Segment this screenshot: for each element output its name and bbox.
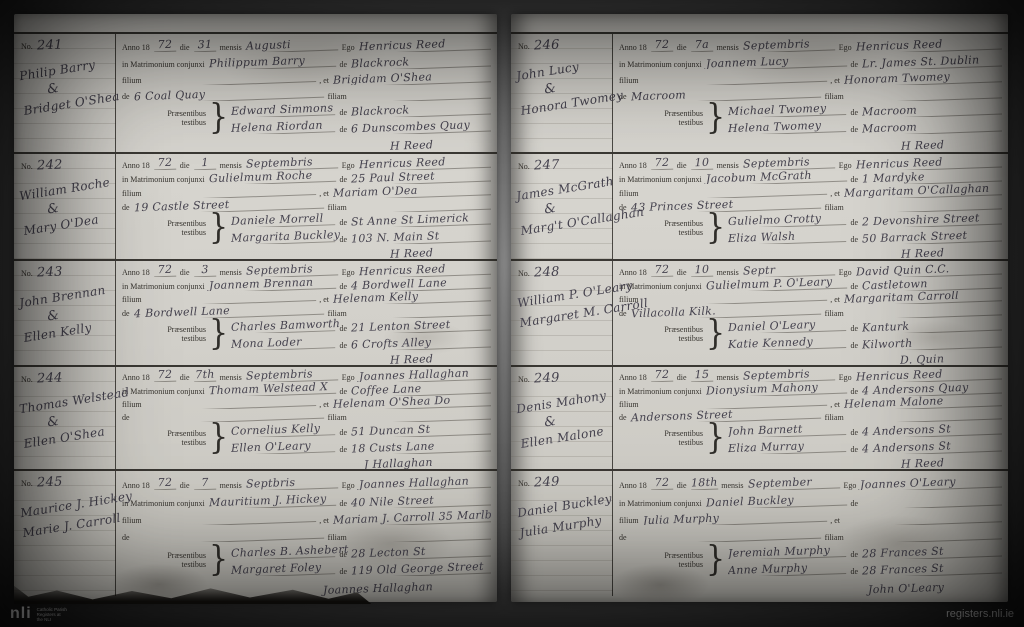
witnesses-label: Præsentibus testibus	[122, 325, 206, 343]
label-de4: de	[339, 341, 347, 350]
couple-names: Denis Mahony & Ellen Malone	[515, 390, 612, 450]
entry-number-line: No. 248	[518, 265, 610, 280]
entry-number: 249	[534, 475, 560, 491]
bride-name: Mariam O'Dea	[333, 184, 491, 198]
witness2-name: Eliza Murray	[728, 439, 847, 454]
filium-line: filium , et Honoram Twomey	[619, 70, 1002, 85]
witnesses-label: Præsentibus testibus	[122, 551, 206, 569]
witness1-address: St Anne St Limerick	[351, 212, 491, 227]
witness-lines: Michael Twomey de Macroom Helena Twomey …	[728, 102, 1002, 134]
label-de2: de	[619, 533, 627, 542]
label-de4: de	[339, 125, 347, 134]
bride-name	[844, 510, 1002, 525]
groom-address: 4 Andersons Quay	[862, 382, 1002, 395]
month-value: Septembris	[743, 156, 835, 170]
groom-address: 40 Nile Street	[351, 493, 491, 508]
witness1-line: Charles B. Ashebert de 28 Lecton St	[231, 544, 491, 559]
nli-logo: nli Catholic Parish Registers at the NLI	[10, 606, 67, 622]
label-de4: de	[850, 125, 858, 134]
label-die: die	[677, 43, 687, 52]
label-praesentibus: Præsentibus	[167, 551, 206, 560]
label-de4: de	[339, 445, 347, 454]
label-de2: de	[122, 203, 130, 212]
label-anno: Anno 18	[619, 161, 647, 170]
label-conjunxi: in Matrimonium conjunxi	[122, 175, 205, 184]
entry-no-label: No.	[21, 42, 33, 51]
filium-line: filium Julia Murphy , et	[619, 510, 1002, 525]
filiam-blank	[350, 86, 491, 101]
label-testibus: testibus	[182, 118, 206, 127]
witness1-line: Charles Bamworth de 21 Lenton Street	[231, 318, 491, 333]
label-de2: de	[122, 533, 130, 542]
couple-names: Daniel Buckley Julia Murphy	[516, 494, 611, 539]
celebrant-name: Joannes O'Leary	[860, 475, 1002, 490]
label-de: de	[339, 499, 347, 508]
filiam-blank	[350, 198, 491, 212]
entry-number-line: No. 249	[518, 371, 610, 386]
filium-line: filium , et Mariam J. Carroll 35 Marlbor…	[122, 510, 491, 525]
witnesses-label: Præsentibus testibus	[619, 219, 703, 237]
witnesses-label: Præsentibus testibus	[122, 109, 206, 127]
day-value: 3	[193, 263, 215, 277]
celebrant-name: Joannes Hallaghan	[358, 369, 491, 382]
filium-note	[145, 184, 315, 198]
groom-address: 1 Mardyke	[862, 170, 1002, 184]
witness1-address: 51 Duncan St	[351, 422, 491, 437]
filium-line: filium , et Helenam Malone	[619, 396, 1002, 409]
bride-address: 4 Bordwell Lane	[133, 304, 323, 318]
couple-names: Philip Barry & Bridget O'Shea	[18, 57, 115, 117]
label-filium: filium	[619, 189, 639, 198]
witness1-line: Jeremiah Murphy de 28 Frances St	[728, 544, 1002, 559]
witnesses-label: Præsentibus testibus	[619, 429, 703, 447]
bride-address	[630, 527, 820, 542]
entry-form: Anno 18 72 die 10 mensis Septr Ego David…	[613, 261, 1008, 365]
entry-margin-column: No. 241 Philip Barry & Bridget O'Shea	[14, 34, 116, 152]
priest-signature: H Reed	[901, 138, 945, 152]
witness-lines: Jeremiah Murphy de 28 Frances St Anne Mu…	[728, 544, 1002, 576]
groom-line: in Matrimonium conjunxi Daniel Buckley d…	[619, 493, 1002, 508]
day-value: 10	[690, 263, 712, 277]
priest-signature: H Reed	[901, 246, 945, 259]
filiam-blank	[350, 409, 491, 422]
bride-name: Margaritam Carroll	[844, 291, 1002, 305]
register-entry: No. 248 William P. O'Leary Margaret M. C…	[511, 259, 1008, 365]
year-value: 72	[651, 38, 673, 52]
signature-line: John O'Leary	[619, 579, 1002, 592]
brace-glyph: }	[706, 319, 725, 349]
celebrant-name: Henricus Reed	[855, 37, 1002, 52]
filium-line: filium , et Margaritam O'Callaghan	[619, 184, 1002, 198]
label-filiam: filiam	[328, 309, 347, 318]
label-filium: filium	[619, 76, 639, 85]
witness1-line: Gulielmo Crotty de 2 Devonshire Street	[728, 212, 1002, 227]
witness1-address: 4 Andersons St	[862, 422, 1002, 437]
witness1-name: Daniele Morrell	[231, 212, 336, 227]
label-ego: Ego	[342, 161, 355, 170]
entry-number: 246	[534, 38, 560, 54]
witness-lines: Edward Simmons de Blackrock Helena Riord…	[231, 102, 491, 134]
label-praesentibus: Præsentibus	[167, 219, 206, 228]
bride-address-line: de 19 Castle Street filiam	[122, 198, 491, 212]
witness1-address: 28 Frances St	[862, 544, 1002, 559]
label-filium: filium	[122, 295, 142, 304]
filium-line: filium , et Helenam O'Shea Do	[122, 396, 491, 409]
entry-margin-column: No. 246 John Lucy & Honora Twomey	[511, 34, 613, 152]
label-de2: de	[122, 309, 130, 318]
witness2-name: Katie Kennedy	[728, 335, 847, 350]
witness1-address: 2 Devonshire Street	[862, 212, 1002, 227]
label-die: die	[180, 268, 190, 277]
groom-name: Gulielmum P. O'Leary	[705, 277, 846, 291]
entry-number-line: No. 245	[21, 475, 113, 490]
label-anno: Anno 18	[122, 161, 150, 170]
witness2-address: Macroom	[862, 119, 1002, 134]
filium-note	[642, 396, 826, 409]
label-conjunxi: in Matrimonium conjunxi	[122, 387, 205, 396]
label-testibus: testibus	[679, 334, 703, 343]
witness1-name: Michael Twomey	[728, 102, 847, 117]
label-de2: de	[122, 413, 130, 422]
label-anno: Anno 18	[122, 373, 150, 382]
filium-note	[145, 70, 315, 85]
groom-name: Daniel Buckley	[705, 493, 846, 508]
label-die: die	[180, 373, 190, 382]
label-conjunxi: in Matrimonium conjunxi	[619, 387, 702, 396]
year-value: 72	[154, 263, 176, 277]
entry-margin-column: No. 249 Daniel Buckley Julia Murphy	[511, 471, 613, 596]
witness1-name: Daniel O'Leary	[728, 318, 847, 333]
filiam-blank	[350, 527, 491, 542]
groom-name: Dionysium Mahony	[705, 382, 846, 395]
filium-note	[145, 291, 315, 305]
witness2-line: Margarita Buckley de 103 N. Main St	[231, 229, 491, 244]
couple-names: James McGrath & Marg't O'Callaghan	[515, 177, 612, 237]
bride-address: 19 Castle Street	[133, 198, 323, 212]
filium-note	[642, 291, 826, 305]
entry-number: 244	[37, 371, 63, 387]
witness1-address: Kanturk	[862, 318, 1002, 333]
filiam-blank	[350, 304, 491, 318]
celebrant-name: Henricus Reed	[358, 263, 491, 277]
register-page-left: No. 241 Philip Barry & Bridget O'Shea An…	[14, 14, 497, 602]
entry-form: Anno 18 72 die 7th mensis Septembris Ego…	[116, 367, 497, 469]
register-scan: No. 241 Philip Barry & Bridget O'Shea An…	[0, 0, 1024, 627]
month-value: Septr	[743, 263, 835, 277]
witness2-line: Helena Riordan de 6 Dunscombes Quay	[231, 119, 491, 134]
entry-number: 245	[37, 475, 63, 491]
witness2-line: Eliza Walsh de 50 Barrack Street	[728, 229, 1002, 244]
label-et: , et	[830, 295, 840, 304]
day-value: 31	[193, 38, 215, 52]
register-entry: No. 245 Maurice J. Hickey Marie J. Carro…	[14, 469, 497, 596]
groom-line: in Matrimonium conjunxi Thomam Welstead …	[122, 382, 491, 395]
witness2-line: Margaret Foley de 119 Old George Street	[231, 561, 491, 576]
label-praesentibus: Præsentibus	[664, 109, 703, 118]
label-mensis: mensis	[220, 161, 242, 170]
label-praesentibus: Præsentibus	[167, 109, 206, 118]
entry-number: 241	[37, 38, 63, 54]
label-de: de	[850, 282, 858, 291]
bride-name: Honoram Twomey	[844, 70, 1002, 85]
witness2-address: 103 N. Main St	[351, 229, 491, 244]
label-filiam: filiam	[825, 413, 844, 422]
label-die: die	[180, 161, 190, 170]
couple-names: William Roche & Mary O'Dea	[18, 177, 115, 237]
entry-number-line: No. 246	[518, 38, 610, 53]
signature-line: H Reed	[122, 136, 491, 149]
label-filiam: filiam	[328, 203, 347, 212]
brace-glyph: }	[209, 423, 228, 453]
label-mensis: mensis	[220, 481, 242, 490]
entry-no-label: No.	[21, 479, 33, 488]
witnesses-label: Præsentibus testibus	[122, 429, 206, 447]
witnesses-block: Præsentibus testibus } Daniel O'Leary de…	[619, 318, 1002, 350]
label-die: die	[677, 373, 687, 382]
label-de: de	[339, 60, 347, 69]
month-value: Septbris	[246, 475, 338, 490]
witness1-name: Charles B. Ashebert	[231, 544, 336, 559]
entry-margin-column: No. 242 William Roche & Mary O'Dea	[14, 154, 116, 259]
day-value: 18th	[690, 476, 717, 490]
witness1-line: Michael Twomey de Macroom	[728, 102, 1002, 117]
brace-glyph: }	[706, 213, 725, 243]
witnesses-block: Præsentibus testibus } Michael Twomey de…	[619, 102, 1002, 134]
label-filiam: filiam	[825, 203, 844, 212]
label-ego: Ego	[342, 268, 355, 277]
bride-address	[133, 409, 323, 422]
label-et: , et	[319, 516, 329, 525]
register-page-right: No. 246 John Lucy & Honora Twomey Anno 1…	[511, 14, 1008, 602]
signature-line: H Reed	[619, 136, 1002, 149]
bride-name: Mariam J. Carroll 35 Marlborough St	[333, 510, 491, 525]
brace-glyph: }	[209, 213, 228, 243]
label-praesentibus: Præsentibus	[664, 325, 703, 334]
entry-number-line: No. 243	[21, 265, 113, 280]
groom-name: Philippum Barry	[208, 54, 335, 69]
label-conjunxi: in Matrimonium conjunxi	[122, 60, 205, 69]
witness-lines: John Barnett de 4 Andersons St Eliza Mur…	[728, 422, 1002, 454]
label-de: de	[850, 387, 858, 396]
label-testibus: testibus	[679, 560, 703, 569]
witness2-address: Kilworth	[862, 335, 1002, 350]
priest-signature: H Reed	[390, 246, 434, 259]
signature-line: H Reed	[122, 350, 491, 363]
label-filium: filium	[122, 516, 142, 525]
label-et: , et	[319, 295, 329, 304]
year-value: 72	[154, 156, 176, 170]
label-testibus: testibus	[679, 118, 703, 127]
year-value: 72	[651, 156, 673, 170]
label-mensis: mensis	[220, 373, 242, 382]
entry-number-line: No. 242	[21, 158, 113, 173]
witness2-address: 28 Frances St	[862, 561, 1002, 576]
groom-line: in Matrimonium conjunxi Joannem Brennan …	[122, 277, 491, 291]
year-value: 72	[154, 476, 176, 490]
register-entry: No. 246 John Lucy & Honora Twomey Anno 1…	[511, 32, 1008, 152]
label-testibus: testibus	[182, 438, 206, 447]
label-anno: Anno 18	[619, 481, 647, 490]
witness1-name: Gulielmo Crotty	[728, 212, 847, 227]
witness2-name: Eliza Walsh	[728, 229, 847, 244]
bride-name: Helenam O'Shea Do	[333, 396, 491, 409]
year-value: 72	[651, 369, 673, 382]
entry-margin-column: No. 249 Denis Mahony & Ellen Malone	[511, 367, 613, 469]
signature-line: J Hallaghan	[122, 454, 491, 467]
celebrant-name: Joannes Hallaghan	[358, 475, 491, 490]
entry-no-label: No.	[518, 269, 530, 278]
month-value: Septembris	[246, 263, 338, 277]
witness2-address: 6 Crofts Alley	[351, 335, 491, 350]
day-value: 1	[193, 156, 215, 170]
label-die: die	[180, 481, 190, 490]
bride-address: 6 Coal Quay	[133, 86, 323, 101]
label-ego: Ego	[844, 481, 857, 490]
witness1-address: Macroom	[862, 102, 1002, 117]
signature-line: H Reed	[122, 244, 491, 257]
year-value: 72	[154, 38, 176, 52]
bride-address-line: de filiam	[122, 527, 491, 542]
celebrant-name: Henricus Reed	[855, 369, 1002, 382]
couple-names: Maurice J. Hickey Marie J. Carroll	[19, 494, 114, 539]
groom-address: Lr. James St. Dublin	[862, 54, 1002, 69]
witnesses-block: Præsentibus testibus } Edward Simmons de…	[122, 102, 491, 134]
witness1-line: Daniele Morrell de St Anne St Limerick	[231, 212, 491, 227]
register-entry: No. 249 Daniel Buckley Julia Murphy Anno…	[511, 469, 1008, 596]
label-praesentibus: Præsentibus	[664, 551, 703, 560]
brace-glyph: }	[209, 545, 228, 575]
signature-line: Joannes Hallaghan	[122, 579, 491, 592]
witness2-address: 50 Barrack Street	[862, 229, 1002, 244]
filium-line: filium , et Helenam Kelly	[122, 291, 491, 305]
filiam-blank	[847, 304, 1002, 318]
witnesses-block: Præsentibus testibus } Charles Bamworth …	[122, 318, 491, 350]
entry-no-label: No.	[518, 479, 530, 488]
witness2-name: Margaret Foley	[231, 561, 336, 576]
label-conjunxi: in Matrimonium conjunxi	[619, 60, 702, 69]
label-de3: de	[850, 108, 858, 117]
month-value: Septembris	[246, 156, 338, 170]
filium-note	[642, 184, 826, 198]
label-die: die	[677, 161, 687, 170]
bride-address: Macroom	[630, 86, 820, 101]
couple-names: John Lucy & Honora Twomey	[515, 57, 612, 117]
date-line: Anno 18 72 die 7 mensis Septbris Ego Joa…	[122, 475, 491, 490]
groom-name: Thomam Welstead X	[208, 382, 335, 395]
label-filium: filium	[619, 516, 639, 525]
groom-line: in Matrimonium conjunxi Dionysium Mahony…	[619, 382, 1002, 395]
filium-note	[145, 510, 315, 525]
label-praesentibus: Præsentibus	[664, 219, 703, 228]
label-de4: de	[339, 567, 347, 576]
label-et: , et	[319, 400, 329, 409]
label-die: die	[677, 268, 687, 277]
entry-number: 249	[534, 371, 560, 387]
label-filiam: filiam	[825, 309, 844, 318]
priest-signature: J Hallaghan	[364, 456, 433, 469]
priest-signature: John O'Leary	[868, 580, 945, 596]
witness1-address: Blackrock	[351, 102, 491, 117]
day-value: 7a	[690, 38, 712, 52]
year-value: 72	[651, 476, 673, 490]
witness2-address: 6 Dunscombes Quay	[351, 119, 491, 134]
month-value: Septembris	[246, 369, 338, 382]
witness2-line: Eliza Murray de 4 Andersons St	[728, 439, 1002, 454]
entry-margin-column: No. 244 Thomas Welstead & Ellen O'Shea	[14, 367, 116, 469]
label-filium: filium	[122, 400, 142, 409]
entry-number-line: No. 249	[518, 475, 610, 490]
date-line: Anno 18 72 die 3 mensis Septembris Ego H…	[122, 263, 491, 277]
register-entry: No. 242 William Roche & Mary O'Dea Anno …	[14, 152, 497, 259]
groom-line: in Matrimonium conjunxi Mauritium J. Hic…	[122, 493, 491, 508]
entry-no-label: No.	[21, 162, 33, 171]
label-mensis: mensis	[220, 268, 242, 277]
celebrant-name: Henricus Reed	[358, 37, 491, 52]
witness-lines: Cornelius Kelly de 51 Duncan St Ellen O'…	[231, 422, 491, 454]
entry-margin-column: No. 247 James McGrath & Marg't O'Callagh…	[511, 154, 613, 259]
label-de3: de	[850, 550, 858, 559]
brace-glyph: }	[209, 103, 228, 133]
label-filiam: filiam	[825, 92, 844, 101]
signature-line: H Reed	[619, 244, 1002, 257]
label-anno: Anno 18	[619, 268, 647, 277]
month-value: September	[747, 475, 839, 490]
label-de3: de	[850, 218, 858, 227]
label-filium: filium	[122, 76, 142, 85]
label-testibus: testibus	[182, 560, 206, 569]
register-entry: No. 243 John Brennan & Ellen Kelly Anno …	[14, 259, 497, 365]
month-value: Septembris	[743, 369, 835, 382]
label-mensis: mensis	[220, 43, 242, 52]
label-de2: de	[122, 92, 130, 101]
day-value: 7th	[193, 369, 215, 382]
label-de: de	[339, 175, 347, 184]
label-mensis: mensis	[721, 481, 743, 490]
filiam-blank	[847, 527, 1002, 542]
label-de3: de	[850, 428, 858, 437]
entry-number-line: No. 247	[518, 158, 610, 173]
witness-lines: Charles Bamworth de 21 Lenton Street Mon…	[231, 318, 491, 350]
celebrant-name: Henricus Reed	[855, 156, 1002, 170]
label-praesentibus: Præsentibus	[167, 429, 206, 438]
label-anno: Anno 18	[122, 43, 150, 52]
bride-name: Margaritam O'Callaghan	[844, 184, 1002, 198]
label-de3: de	[339, 218, 347, 227]
month-value: Augusti	[246, 37, 338, 52]
priest-signature: Joannes Hallaghan	[323, 580, 433, 596]
bride-address: 43 Princes Street	[630, 198, 820, 212]
label-filiam: filiam	[328, 533, 347, 542]
witnesses-label: Præsentibus testibus	[619, 109, 703, 127]
couple-names: Thomas Welstead & Ellen O'Shea	[18, 390, 115, 450]
label-filiam: filiam	[825, 533, 844, 542]
date-line: Anno 18 72 die 10 mensis Septr Ego David…	[619, 263, 1002, 277]
witness2-name: Ellen O'Leary	[231, 439, 336, 454]
year-value: 72	[154, 369, 176, 382]
bride-address	[133, 527, 323, 542]
filium-note	[145, 396, 315, 409]
day-value: 7	[193, 476, 215, 490]
bride-name: Helenam Malone	[844, 396, 1002, 409]
groom-name: Jacobum McGrath	[705, 170, 846, 184]
label-ego: Ego	[342, 481, 355, 490]
label-ego: Ego	[839, 373, 852, 382]
site-url: registers.nli.ie	[946, 608, 1014, 620]
entry-no-label: No.	[21, 375, 33, 384]
nli-logo-caption: Catholic Parish Registers at the NLI	[37, 607, 67, 622]
witness1-name: John Barnett	[728, 422, 847, 437]
bride-address-line: de filiam	[619, 527, 1002, 542]
